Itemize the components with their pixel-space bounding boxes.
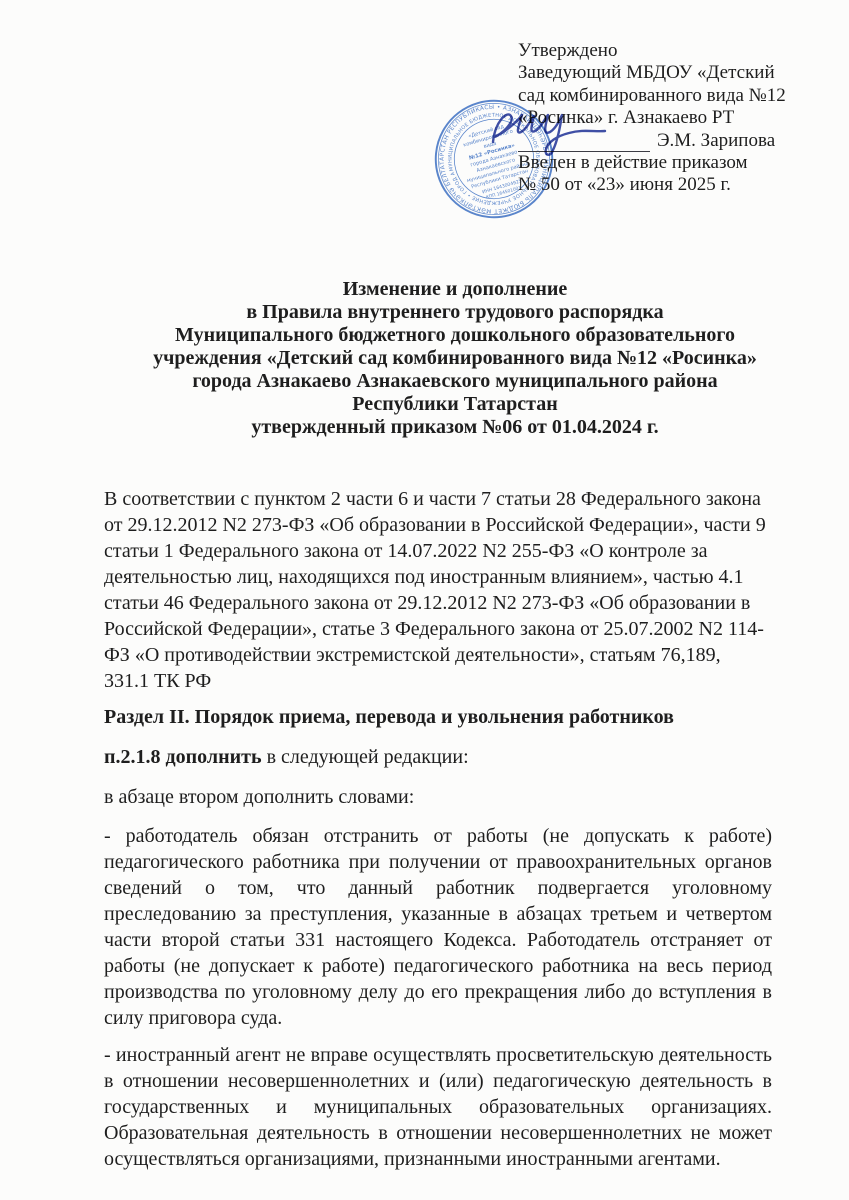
approval-line: Утверждено <box>518 40 818 62</box>
paragraph-line: осуществляться организациями, признанным… <box>104 1146 772 1172</box>
section-heading: Раздел II. Порядок приема, перевода и ув… <box>104 704 772 730</box>
title-line: Муниципального бюджетного дошкольного об… <box>85 324 825 347</box>
paragraph-line: в отношении несовершеннолетних и (или) п… <box>104 1068 772 1094</box>
intro-line: от 29.12.2012 N2 273-ФЗ «Об образовании … <box>104 512 772 538</box>
intro-line: деятельностью лиц, находящихся под иност… <box>104 564 772 590</box>
intro-line: статьи 46 Федерального закона от 29.12.2… <box>104 590 772 616</box>
amendment-paragraph-1: - работодатель обязан отстранить от рабо… <box>104 823 772 1031</box>
clause-heading: п.2.1.8 дополнить в следующей редакции: <box>104 744 772 770</box>
intro-line: В соответствии с пунктом 2 части 6 и час… <box>104 486 772 512</box>
title-line: Республики Татарстан <box>85 393 825 416</box>
paragraph-line: силу приговора суда. <box>104 1005 772 1031</box>
intro-paragraph: В соответствии с пунктом 2 части 6 и час… <box>104 486 772 694</box>
paragraph-line: - работодатель обязан отстранить от рабо… <box>104 823 772 849</box>
paragraph-line: части второй статьи 331 настоящего Кодек… <box>104 927 772 953</box>
document-body: В соответствии с пунктом 2 части 6 и час… <box>104 486 772 1172</box>
intro-line: 331.1 ТК РФ <box>104 668 772 694</box>
approval-line: Заведующий МБДОУ «Детский <box>518 62 818 84</box>
title-line: города Азнакаево Азнакаевского муниципал… <box>85 370 825 393</box>
clause-rest: в следующей редакции: <box>262 746 469 768</box>
intro-line: Российской Федерации», статье 3 Федераль… <box>104 616 772 642</box>
paragraph-line: работы (не допускает к работе) педагогич… <box>104 953 772 979</box>
title-line: Изменение и дополнение <box>85 278 825 301</box>
document-title: Изменение и дополнение в Правила внутрен… <box>85 278 825 439</box>
order-line: № 50 от «23» июня 2025 г. <box>518 174 818 196</box>
paragraph-line: преследованию за преступления, указанные… <box>104 901 772 927</box>
title-line: учреждения «Детский сад комбинированного… <box>85 347 825 370</box>
scanned-document-page: { "approval_block": { "lines": [ "Утверж… <box>0 0 849 1200</box>
amendment-paragraph-2: - иностранный агент не вправе осуществля… <box>104 1042 772 1172</box>
paragraph-line: государственных и муниципальных образова… <box>104 1094 772 1120</box>
clause-number: п.2.1.8 дополнить <box>104 746 262 768</box>
title-line: утвержденный приказом №06 от 01.04.2024 … <box>85 416 825 439</box>
amendment-intro-line: в абзаце втором дополнить словами: <box>104 784 772 810</box>
paragraph-line: педагогического работника при получении … <box>104 849 772 875</box>
signer-name: Э.М. Зарипова <box>657 130 775 152</box>
paragraph-line: Образовательная деятельность в отношении… <box>104 1120 772 1146</box>
paragraph-line: производства по уголовному делу до его п… <box>104 979 772 1005</box>
intro-line: статьи 1 Федерального закона от 14.07.20… <box>104 538 772 564</box>
title-line: в Правила внутреннего трудового распоряд… <box>85 301 825 324</box>
handwritten-signature <box>483 102 653 160</box>
paragraph-line: сведений о том, что данный работник подв… <box>104 875 772 901</box>
intro-line: ФЗ «О противодействии экстремистской дея… <box>104 642 772 668</box>
paragraph-line: - иностранный агент не вправе осуществля… <box>104 1042 772 1068</box>
